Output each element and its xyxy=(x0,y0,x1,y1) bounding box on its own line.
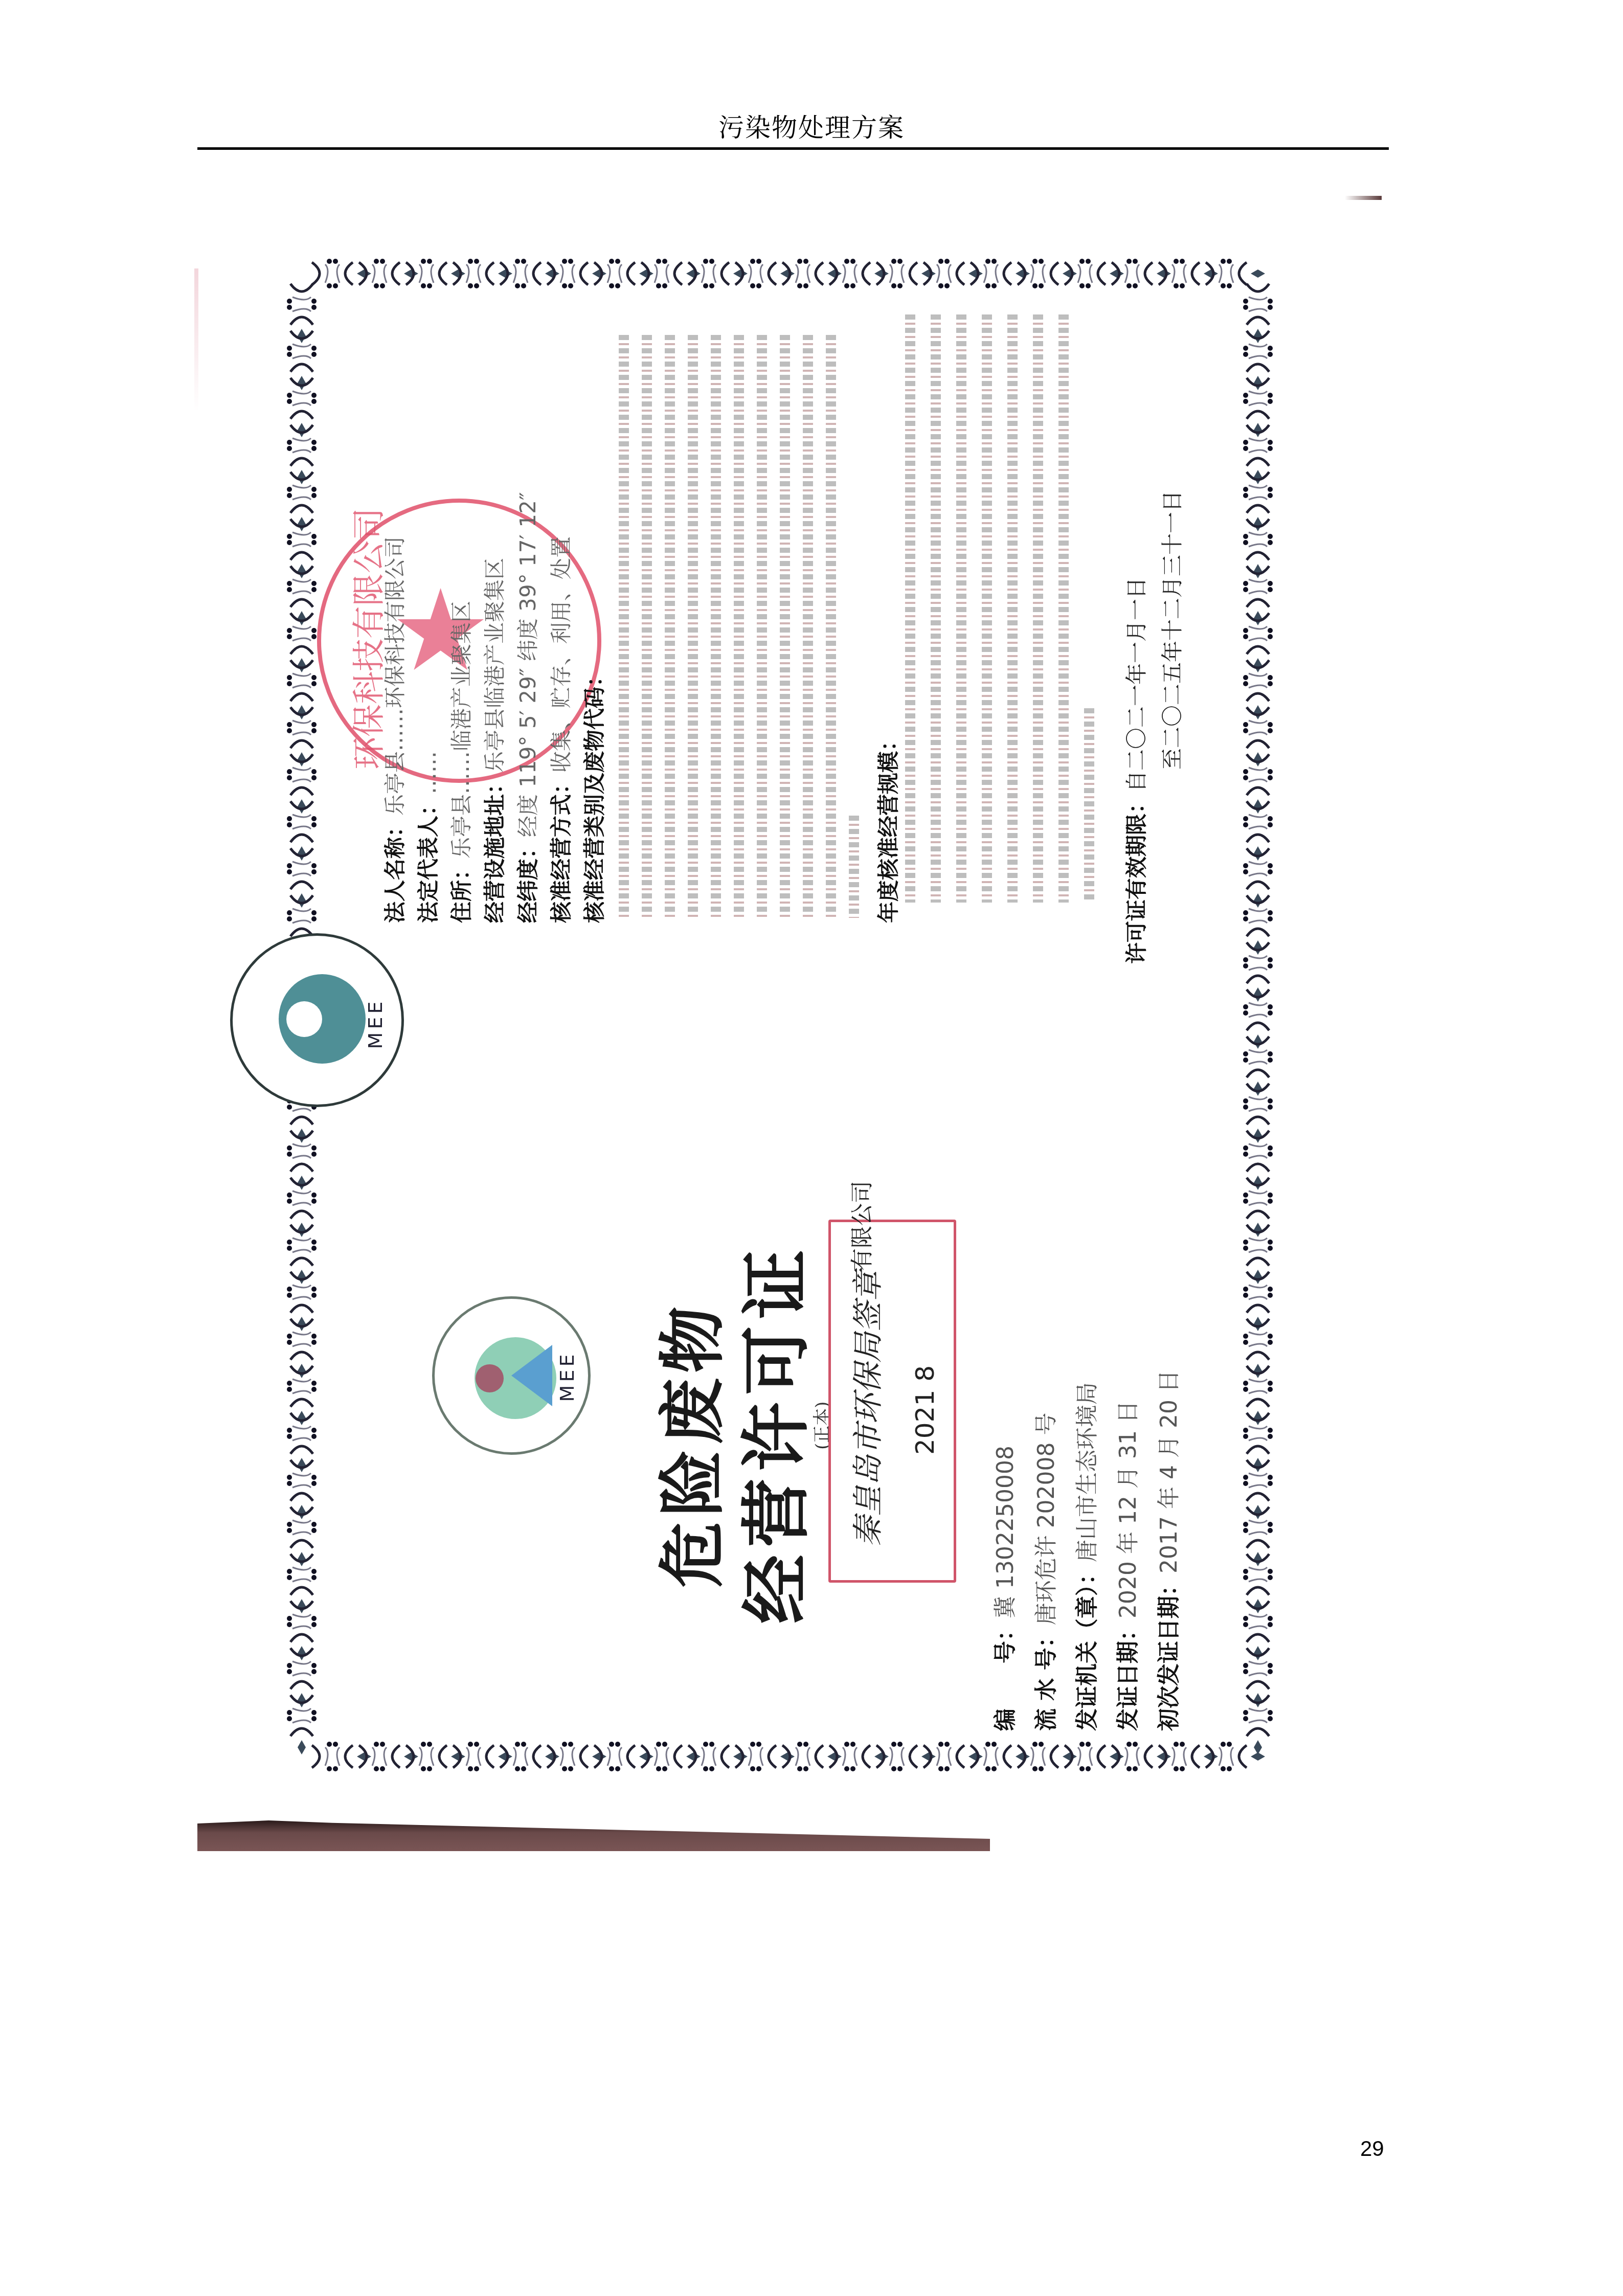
fine-print-line xyxy=(780,335,790,918)
field-value: …… xyxy=(416,751,441,794)
field-value: 收集、贮存、利用、处置 xyxy=(549,536,574,773)
validity-to-text: 至二〇二五年十二月三十一日 xyxy=(1160,490,1185,770)
photo-top-right-edge xyxy=(1345,196,1382,200)
field-value: 2020 年 12 月 31 日 xyxy=(1115,1401,1141,1618)
fine-print-line xyxy=(665,335,675,918)
field-label: 发证机关（章）： xyxy=(1074,1562,1100,1731)
info-field: 核准经营类别及废物代码： xyxy=(578,665,608,923)
fine-print-line xyxy=(619,335,629,918)
issue-field: 流 水 号：唐环危许 202008 号 xyxy=(1028,1412,1061,1731)
issue-field: 编 号：冀 1302250008 xyxy=(987,1446,1020,1731)
field-label: 年度核准经营规模： xyxy=(876,730,901,923)
field-value: 经度 119° 5′ 29″ 纬度 39° 17′ 12″ xyxy=(515,492,540,837)
fine-print-line xyxy=(757,335,767,918)
fine-print-line xyxy=(849,816,859,918)
field-label: 核准经营类别及废物代码： xyxy=(582,665,607,923)
certificate-title-line1: 危险废物 xyxy=(639,1301,735,1588)
fine-print-line xyxy=(956,314,966,903)
header-rule xyxy=(197,147,1389,150)
stamp-handwriting-2: 有限公司 xyxy=(844,1181,876,1271)
field-label: 流 水 号： xyxy=(1033,1625,1060,1731)
validity-from: 自二〇二一年一月一日 xyxy=(1124,577,1149,792)
fine-print-line xyxy=(803,335,813,918)
field-label: 法人名称： xyxy=(382,816,408,923)
validity-row: 许可证有效期限：自二〇二一年一月一日 xyxy=(1120,577,1151,964)
field-label: 经纬度： xyxy=(515,837,540,923)
field-value: 2017 年 4 月 20 日 xyxy=(1156,1370,1182,1573)
certificate-photo: ★ 环保科技有限公司 MEE MEE 危险废物 经营许可证 (正本) 秦皇岛市环… xyxy=(286,258,1273,1772)
field-label: 初次发证日期： xyxy=(1156,1573,1182,1731)
fine-print-line xyxy=(642,335,652,918)
fine-print-line xyxy=(826,335,836,918)
photo-bottom-edge xyxy=(197,1820,990,1851)
fine-print-line xyxy=(734,335,744,918)
fine-print-line xyxy=(1084,708,1094,903)
issue-field: 初次发证日期：2017 年 4 月 20 日 xyxy=(1151,1370,1183,1731)
mee-logo-bottom: MEE xyxy=(432,1296,591,1455)
logo-text: MEE xyxy=(556,1352,578,1402)
field-value: 乐亭县……临港产业聚集区 xyxy=(449,601,474,859)
mee-logo-top: MEE xyxy=(230,933,404,1107)
info-field: 经营设施地址：乐亭县临港产业聚集区 xyxy=(478,558,509,923)
info-field: 法人名称：乐亭县……环保科技有限公司 xyxy=(378,536,409,923)
issue-field: 发证日期：2020 年 12 月 31 日 xyxy=(1110,1401,1142,1731)
info-field: 核准经营方式：收集、贮存、利用、处置 xyxy=(545,536,575,923)
field-label: 发证日期： xyxy=(1115,1618,1141,1731)
fine-print-line xyxy=(711,335,721,918)
issue-field: 发证机关（章）：唐山市生态环境局 xyxy=(1069,1382,1101,1731)
field-value: 冀 1302250008 xyxy=(993,1446,1019,1618)
photo-left-edge xyxy=(194,268,198,412)
validity-to: 至二〇二五年十二月三十一日 xyxy=(1156,490,1186,770)
field-label: 编 号： xyxy=(993,1618,1019,1731)
logo-text: MEE xyxy=(364,999,387,1049)
page-header: 污染物处理方案 xyxy=(0,107,1623,144)
field-label: 核准经营方式： xyxy=(549,773,574,923)
fine-print-line xyxy=(931,314,941,903)
field-value: 乐亭县……环保科技有限公司 xyxy=(382,536,408,816)
stamp-number: 2021 8 xyxy=(910,1365,940,1455)
info-field: 住所：乐亭县……临港产业聚集区 xyxy=(445,601,476,923)
field-value: 唐山市生态环境局 xyxy=(1074,1382,1100,1562)
certificate-title-line2: 经营许可证 xyxy=(721,1243,820,1624)
fine-print-line xyxy=(688,335,698,918)
field-label: 住所： xyxy=(449,859,474,923)
page-number: 29 xyxy=(1360,2136,1384,2161)
stamp-handwriting: 秦皇岛市环保局签章 xyxy=(844,1271,888,1547)
field-label: 法定代表人： xyxy=(416,794,441,923)
info-field: 年度核准经营规模： xyxy=(872,730,903,923)
validity-label: 许可证有效期限： xyxy=(1124,792,1149,964)
fine-print-line xyxy=(1007,314,1018,903)
field-label: 经营设施地址： xyxy=(482,773,507,923)
field-value: 乐亭县临港产业聚集区 xyxy=(482,558,507,773)
info-field: 法定代表人：…… xyxy=(412,751,442,923)
info-field: 经纬度：经度 119° 5′ 29″ 纬度 39° 17′ 12″ xyxy=(511,492,542,923)
field-value: 唐环危许 202008 号 xyxy=(1033,1412,1060,1625)
fine-print-line xyxy=(1058,314,1069,903)
fine-print-line xyxy=(1033,314,1043,903)
fine-print-line xyxy=(905,314,915,903)
fine-print-line xyxy=(982,314,992,903)
